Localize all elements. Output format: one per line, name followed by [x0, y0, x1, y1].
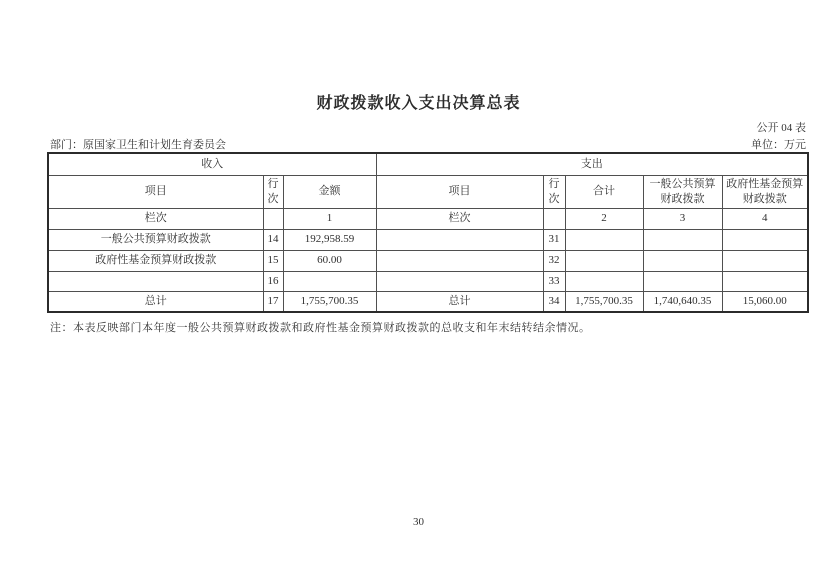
page-number: 30 [0, 516, 837, 528]
col-header-exp-line-no: 行次 [543, 175, 565, 208]
table-cell: 2 [565, 208, 643, 229]
unit-label: 单位：万元 [751, 136, 806, 152]
table-cell: 15,060.00 [722, 291, 808, 312]
table-cell [643, 229, 722, 250]
table-cell [722, 250, 808, 271]
table-cell: 33 [543, 271, 565, 291]
footnote: 注：本表反映部门本年度一般公共预算财政拨款和政府性基金预算财政拨款的总收支和年末… [50, 319, 591, 335]
table-cell [376, 271, 543, 291]
section-header-expenditure: 支出 [376, 153, 808, 175]
col-header-exp-item: 项目 [376, 175, 543, 208]
col-header-exp-total: 合计 [565, 175, 643, 208]
column-header-row: 项目 行次 金额 项目 行次 合计 一般公共预算 财政拨款 政府性基金预算 财政… [48, 175, 808, 208]
table-cell [263, 208, 283, 229]
table-cell [643, 250, 722, 271]
table-cell: 4 [722, 208, 808, 229]
table-cell: 32 [543, 250, 565, 271]
table-cell: 192,958.59 [283, 229, 376, 250]
table-cell: 14 [263, 229, 283, 250]
table-row-general-budget: 一般公共预算财政拨款 14 192,958.59 31 [48, 229, 808, 250]
table-cell: 一般公共预算财政拨款 [48, 229, 263, 250]
table-cell [643, 271, 722, 291]
col-header-exp-gov-fund: 政府性基金预算 财政拨款 [722, 175, 808, 208]
fiscal-allocation-table: 收入 支出 项目 行次 金额 项目 行次 合计 一般公共预算 财政拨款 政府性基… [47, 152, 809, 313]
document-page: 财政拨款收入支出决算总表 公开 04 表 部门：原国家卫生和计划生育委员会 单位… [0, 0, 837, 580]
table-cell: 16 [263, 271, 283, 291]
table-cell [565, 271, 643, 291]
form-code-label: 公开 04 表 [757, 119, 807, 135]
table-row-empty: 16 33 [48, 271, 808, 291]
col-header-income-amount: 金额 [283, 175, 376, 208]
table-cell [722, 229, 808, 250]
page-title: 财政拨款收入支出决算总表 [0, 90, 837, 113]
table-row-total: 总计 17 1,755,700.35 总计 34 1,755,700.35 1,… [48, 291, 808, 312]
table-cell: 15 [263, 250, 283, 271]
col-header-income-line-no: 行次 [263, 175, 283, 208]
table-cell: 1,755,700.35 [283, 291, 376, 312]
table-row-gov-fund: 政府性基金预算财政拨款 15 60.00 32 [48, 250, 808, 271]
table-cell: 栏次 [48, 208, 263, 229]
col-header-income-item: 项目 [48, 175, 263, 208]
table-cell [565, 229, 643, 250]
table-cell [283, 271, 376, 291]
table-cell: 栏次 [376, 208, 543, 229]
table-cell: 总计 [376, 291, 543, 312]
table-cell [543, 208, 565, 229]
section-header-row: 收入 支出 [48, 153, 808, 175]
table-cell: 1,740,640.35 [643, 291, 722, 312]
table-cell: 1,755,700.35 [565, 291, 643, 312]
table-cell: 31 [543, 229, 565, 250]
table-cell [722, 271, 808, 291]
table-cell: 1 [283, 208, 376, 229]
table-cell: 17 [263, 291, 283, 312]
table-cell: 60.00 [283, 250, 376, 271]
table-cell: 政府性基金预算财政拨款 [48, 250, 263, 271]
table-cell: 总计 [48, 291, 263, 312]
department-label: 部门：原国家卫生和计划生育委员会 [50, 136, 226, 152]
table-cell [565, 250, 643, 271]
table-row-column-index: 栏次 1 栏次 2 3 4 [48, 208, 808, 229]
table-cell [376, 250, 543, 271]
section-header-income: 收入 [48, 153, 376, 175]
col-header-exp-general-budget: 一般公共预算 财政拨款 [643, 175, 722, 208]
table-cell [376, 229, 543, 250]
table-cell [48, 271, 263, 291]
table-cell: 3 [643, 208, 722, 229]
table-cell: 34 [543, 291, 565, 312]
